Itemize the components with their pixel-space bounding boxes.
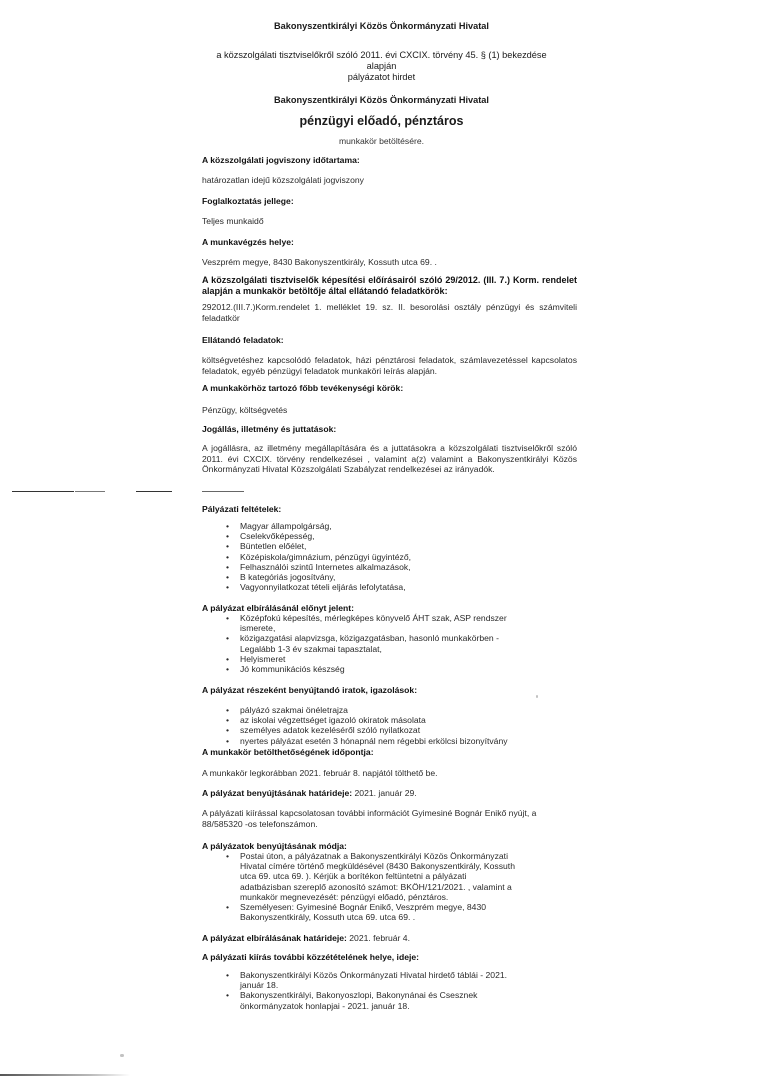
documents-list: pályázó szakmai önéletrajza az iskolai v…	[226, 705, 556, 746]
section-heading-employment-type: Foglalkoztatás jellege:	[202, 196, 577, 207]
section-heading-legal-status: Jogállás, illetmény és juttatások:	[202, 424, 577, 435]
scan-rule-fragment	[136, 491, 172, 492]
scan-rule-fragment	[12, 491, 74, 492]
list-item: nyertes pályázat esetén 3 hónapnál nem r…	[226, 736, 556, 746]
section-heading-activity-areas: A munkakörhöz tartozó főbb tevékenységi …	[202, 383, 577, 394]
section-heading-tasks: Ellátandó feladatok:	[202, 335, 577, 346]
section-text-start-date: A munkakör legkorábban 2021. február 8. …	[202, 768, 577, 779]
submission-method-list: Postai úton, a pályázatnak a Bakonyszent…	[226, 851, 516, 922]
section-heading-duties-by-decree: A közszolgálati tisztviselők képesítési …	[202, 275, 577, 296]
list-item: Postai úton, a pályázatnak a Bakonyszent…	[226, 851, 516, 902]
requirements-list: Magyar állampolgárság, Cselekvőképesség,…	[226, 521, 556, 592]
evaluation-deadline-value: 2021. február 4.	[347, 933, 410, 943]
section-text-legal-status: A jogállásra, az illetmény megállapításá…	[202, 443, 577, 475]
list-item: B kategóriás jogosítvány,	[226, 572, 556, 582]
list-item: Jó kommunikációs készség	[226, 664, 516, 674]
section-text-activity-areas: Pénzügy, költségvetés	[202, 405, 577, 416]
list-item: Középfokú képesítés, mérlegképes könyvel…	[226, 613, 516, 633]
law-reference: a közszolgálati tisztviselőkről szóló 20…	[0, 50, 763, 83]
contact-info: A pályázati kiírással kapcsolatosan tová…	[202, 808, 537, 829]
list-item: Felhasználói szintű Internetes alkalmazá…	[226, 562, 556, 572]
law-reference-line2: alapján	[0, 61, 763, 72]
list-item: Bakonyszentkirályi Közös Önkormányzati H…	[226, 970, 526, 990]
section-heading-start-date: A munkakör betölthetőségének időpontja:	[202, 747, 577, 758]
list-item: Vagyonnyilatkozat tételi eljárás lefolyt…	[226, 582, 556, 592]
list-item: Bakonyszentkirályi, Bakonyoszlopi, Bakon…	[226, 990, 526, 1010]
scanned-document-page: Bakonyszentkirályi Közös Önkormányzati H…	[0, 0, 763, 1080]
list-item: Magyar állampolgárság,	[226, 521, 556, 531]
publication-list: Bakonyszentkirályi Közös Önkormányzati H…	[226, 970, 526, 1011]
law-reference-line1: a közszolgálati tisztviselőkről szóló 20…	[0, 50, 763, 61]
evaluation-deadline-label: A pályázat elbírálásának határideje:	[202, 933, 347, 943]
section-text-workplace: Veszprém megye, 8430 Bakonyszentkirály, …	[202, 257, 577, 268]
scan-bottom-edge	[0, 1074, 130, 1076]
scan-rule-fragment	[75, 491, 105, 492]
organization-name: Bakonyszentkirályi Közös Önkormányzati H…	[0, 21, 763, 31]
list-item: Büntetlen előélet,	[226, 541, 556, 551]
list-item: Középiskola/gimnázium, pénzügyi ügyintéz…	[226, 552, 556, 562]
section-heading-requirements: Pályázati feltételek:	[202, 504, 577, 515]
section-heading-advantages: A pályázat elbírálásánál előnyt jelent:	[202, 603, 577, 614]
evaluation-deadline: A pályázat elbírálásának határideje: 202…	[202, 933, 577, 944]
section-heading-workplace: A munkavégzés helye:	[202, 237, 577, 248]
organization-name-repeat: Bakonyszentkirályi Közös Önkormányzati H…	[0, 95, 763, 105]
section-text-duties-by-decree: 292012.(III.7.)Korm.rendelet 1. mellékle…	[202, 302, 577, 323]
section-heading-duration: A közszolgálati jogviszony időtartama:	[202, 155, 577, 166]
list-item: közigazgatási alapvizsga, közigazgatásba…	[226, 633, 516, 653]
submission-deadline: A pályázat benyújtásának határideje: 202…	[202, 788, 577, 799]
section-heading-submission-method: A pályázatok benyújtásának módja:	[202, 841, 577, 852]
section-text-duration: határozatlan idejű közszolgálati jogvisz…	[202, 175, 577, 186]
announces-text: pályázatot hirdet	[0, 72, 763, 83]
list-item: Cselekvőképesség,	[226, 531, 556, 541]
advantages-list: Középfokú képesítés, mérlegképes könyvel…	[226, 613, 516, 674]
section-text-tasks: költségvetéshez kapcsolódó feladatok, há…	[202, 355, 577, 376]
scan-rule-fragment	[202, 491, 244, 492]
scan-dust-mark	[536, 695, 538, 698]
list-item: Helyismeret	[226, 654, 516, 664]
list-item: az iskolai végzettséget igazoló okiratok…	[226, 715, 556, 725]
list-item: személyes adatok kezeléséről szóló nyila…	[226, 725, 556, 735]
position-subtitle: munkakör betöltésére.	[0, 136, 763, 146]
submission-deadline-label: A pályázat benyújtásának határideje:	[202, 788, 352, 798]
list-item: Személyesen: Gyimesiné Bognár Enikő, Ves…	[226, 902, 516, 922]
scan-dust-mark	[120, 1054, 124, 1057]
position-title: pénzügyi előadó, pénztáros	[0, 114, 763, 128]
list-item: pályázó szakmai önéletrajza	[226, 705, 556, 715]
section-text-employment-type: Teljes munkaidő	[202, 216, 577, 227]
section-heading-publication: A pályázati kiírás további közzétételéne…	[202, 952, 577, 963]
submission-deadline-value: 2021. január 29.	[352, 788, 417, 798]
section-heading-documents: A pályázat részeként benyújtandó iratok,…	[202, 685, 577, 696]
